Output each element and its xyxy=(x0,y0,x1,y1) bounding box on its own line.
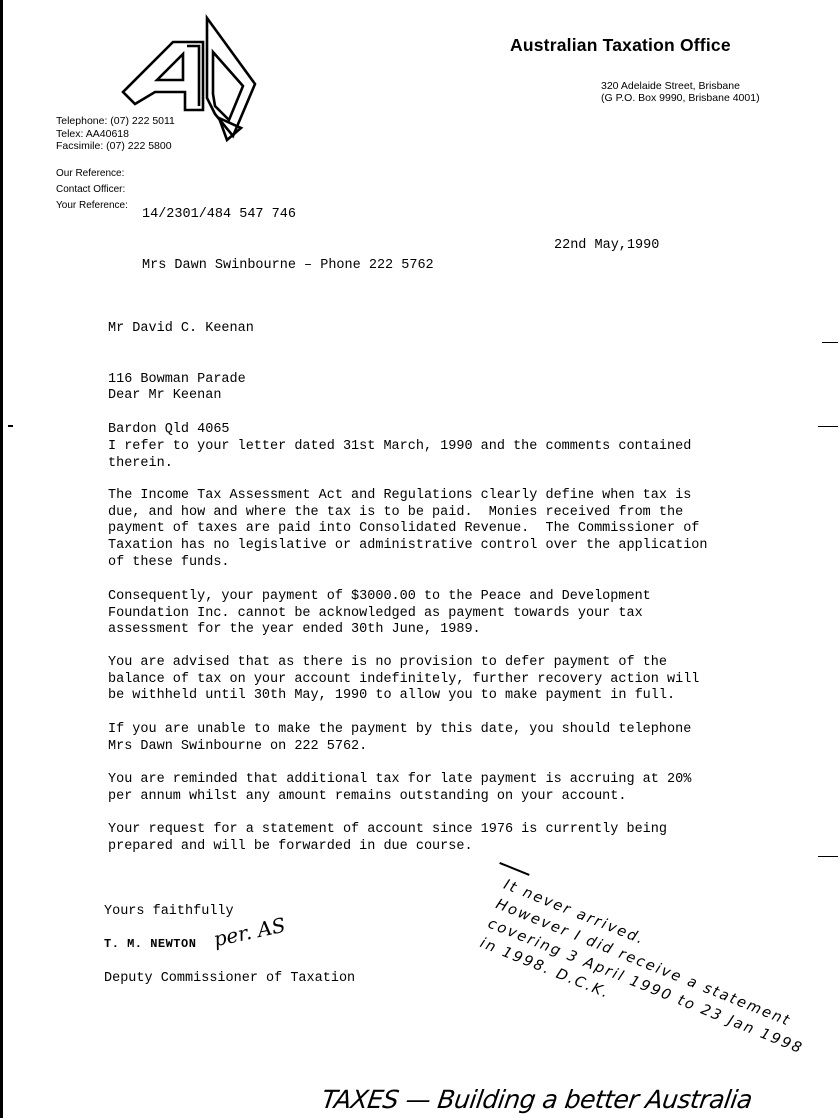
signer-name: T. M. NEWTON xyxy=(104,937,196,951)
scan-edge xyxy=(0,0,3,1118)
address-line-1: 320 Adelaide Street, Brisbane xyxy=(601,80,760,92)
scan-mark xyxy=(818,856,838,857)
paragraph: If you are unable to make the payment by… xyxy=(108,722,691,755)
closing: Yours faithfully xyxy=(104,904,234,919)
handwritten-dash xyxy=(499,862,529,875)
paragraph: Consequently, your payment of $3000.00 t… xyxy=(108,589,651,639)
letter-date: 22nd May,1990 xyxy=(554,238,659,253)
recipient-city: Bardon Qld 4065 xyxy=(108,422,254,439)
paragraph: Your request for a statement of account … xyxy=(108,822,667,855)
letter-page: Australian Taxation Office 320 Adelaide … xyxy=(0,0,840,1118)
scan-mark xyxy=(818,426,838,427)
recipient-street: 116 Bowman Parade xyxy=(108,372,254,389)
contact-details: Telephone: (07) 222 5011 Telex: AA40618 … xyxy=(56,115,175,153)
telephone: Telephone: (07) 222 5011 xyxy=(56,115,175,128)
organization-name: Australian Taxation Office xyxy=(510,35,731,56)
facsimile: Facsimile: (07) 222 5800 xyxy=(56,140,175,153)
recipient-name: Mr David C. Keenan xyxy=(108,321,254,338)
paragraph: You are advised that as there is no prov… xyxy=(108,655,699,705)
paragraph: The Income Tax Assessment Act and Regula… xyxy=(108,488,708,572)
salutation: Dear Mr Keenan xyxy=(108,388,221,405)
our-reference-value: 14/2301/484 547 746 xyxy=(142,206,434,223)
handwritten-note: It never arrived. However I did receive … xyxy=(477,875,822,1080)
scan-mark xyxy=(8,425,13,427)
office-address: 320 Adelaide Street, Brisbane (G P.O. Bo… xyxy=(601,80,760,104)
address-line-2: (G P.O. Box 9990, Brisbane 4001) xyxy=(601,92,760,104)
our-reference-label: Our Reference: xyxy=(56,166,128,182)
signer-title: Deputy Commissioner of Taxation xyxy=(104,971,355,986)
paragraph: You are reminded that additional tax for… xyxy=(108,772,691,805)
slogan: TAXES — Building a better Australia xyxy=(320,1085,754,1114)
contact-officer-label: Contact Officer: xyxy=(56,182,128,198)
contact-officer-value: Mrs Dawn Swinbourne – Phone 222 5762 xyxy=(142,257,434,274)
reference-labels: Our Reference: Contact Officer: Your Ref… xyxy=(56,166,128,214)
your-reference-label: Your Reference: xyxy=(56,198,128,214)
scan-mark xyxy=(822,342,838,343)
telex: Telex: AA40618 xyxy=(56,128,175,141)
paragraph: I refer to your letter dated 31st March,… xyxy=(108,439,691,472)
